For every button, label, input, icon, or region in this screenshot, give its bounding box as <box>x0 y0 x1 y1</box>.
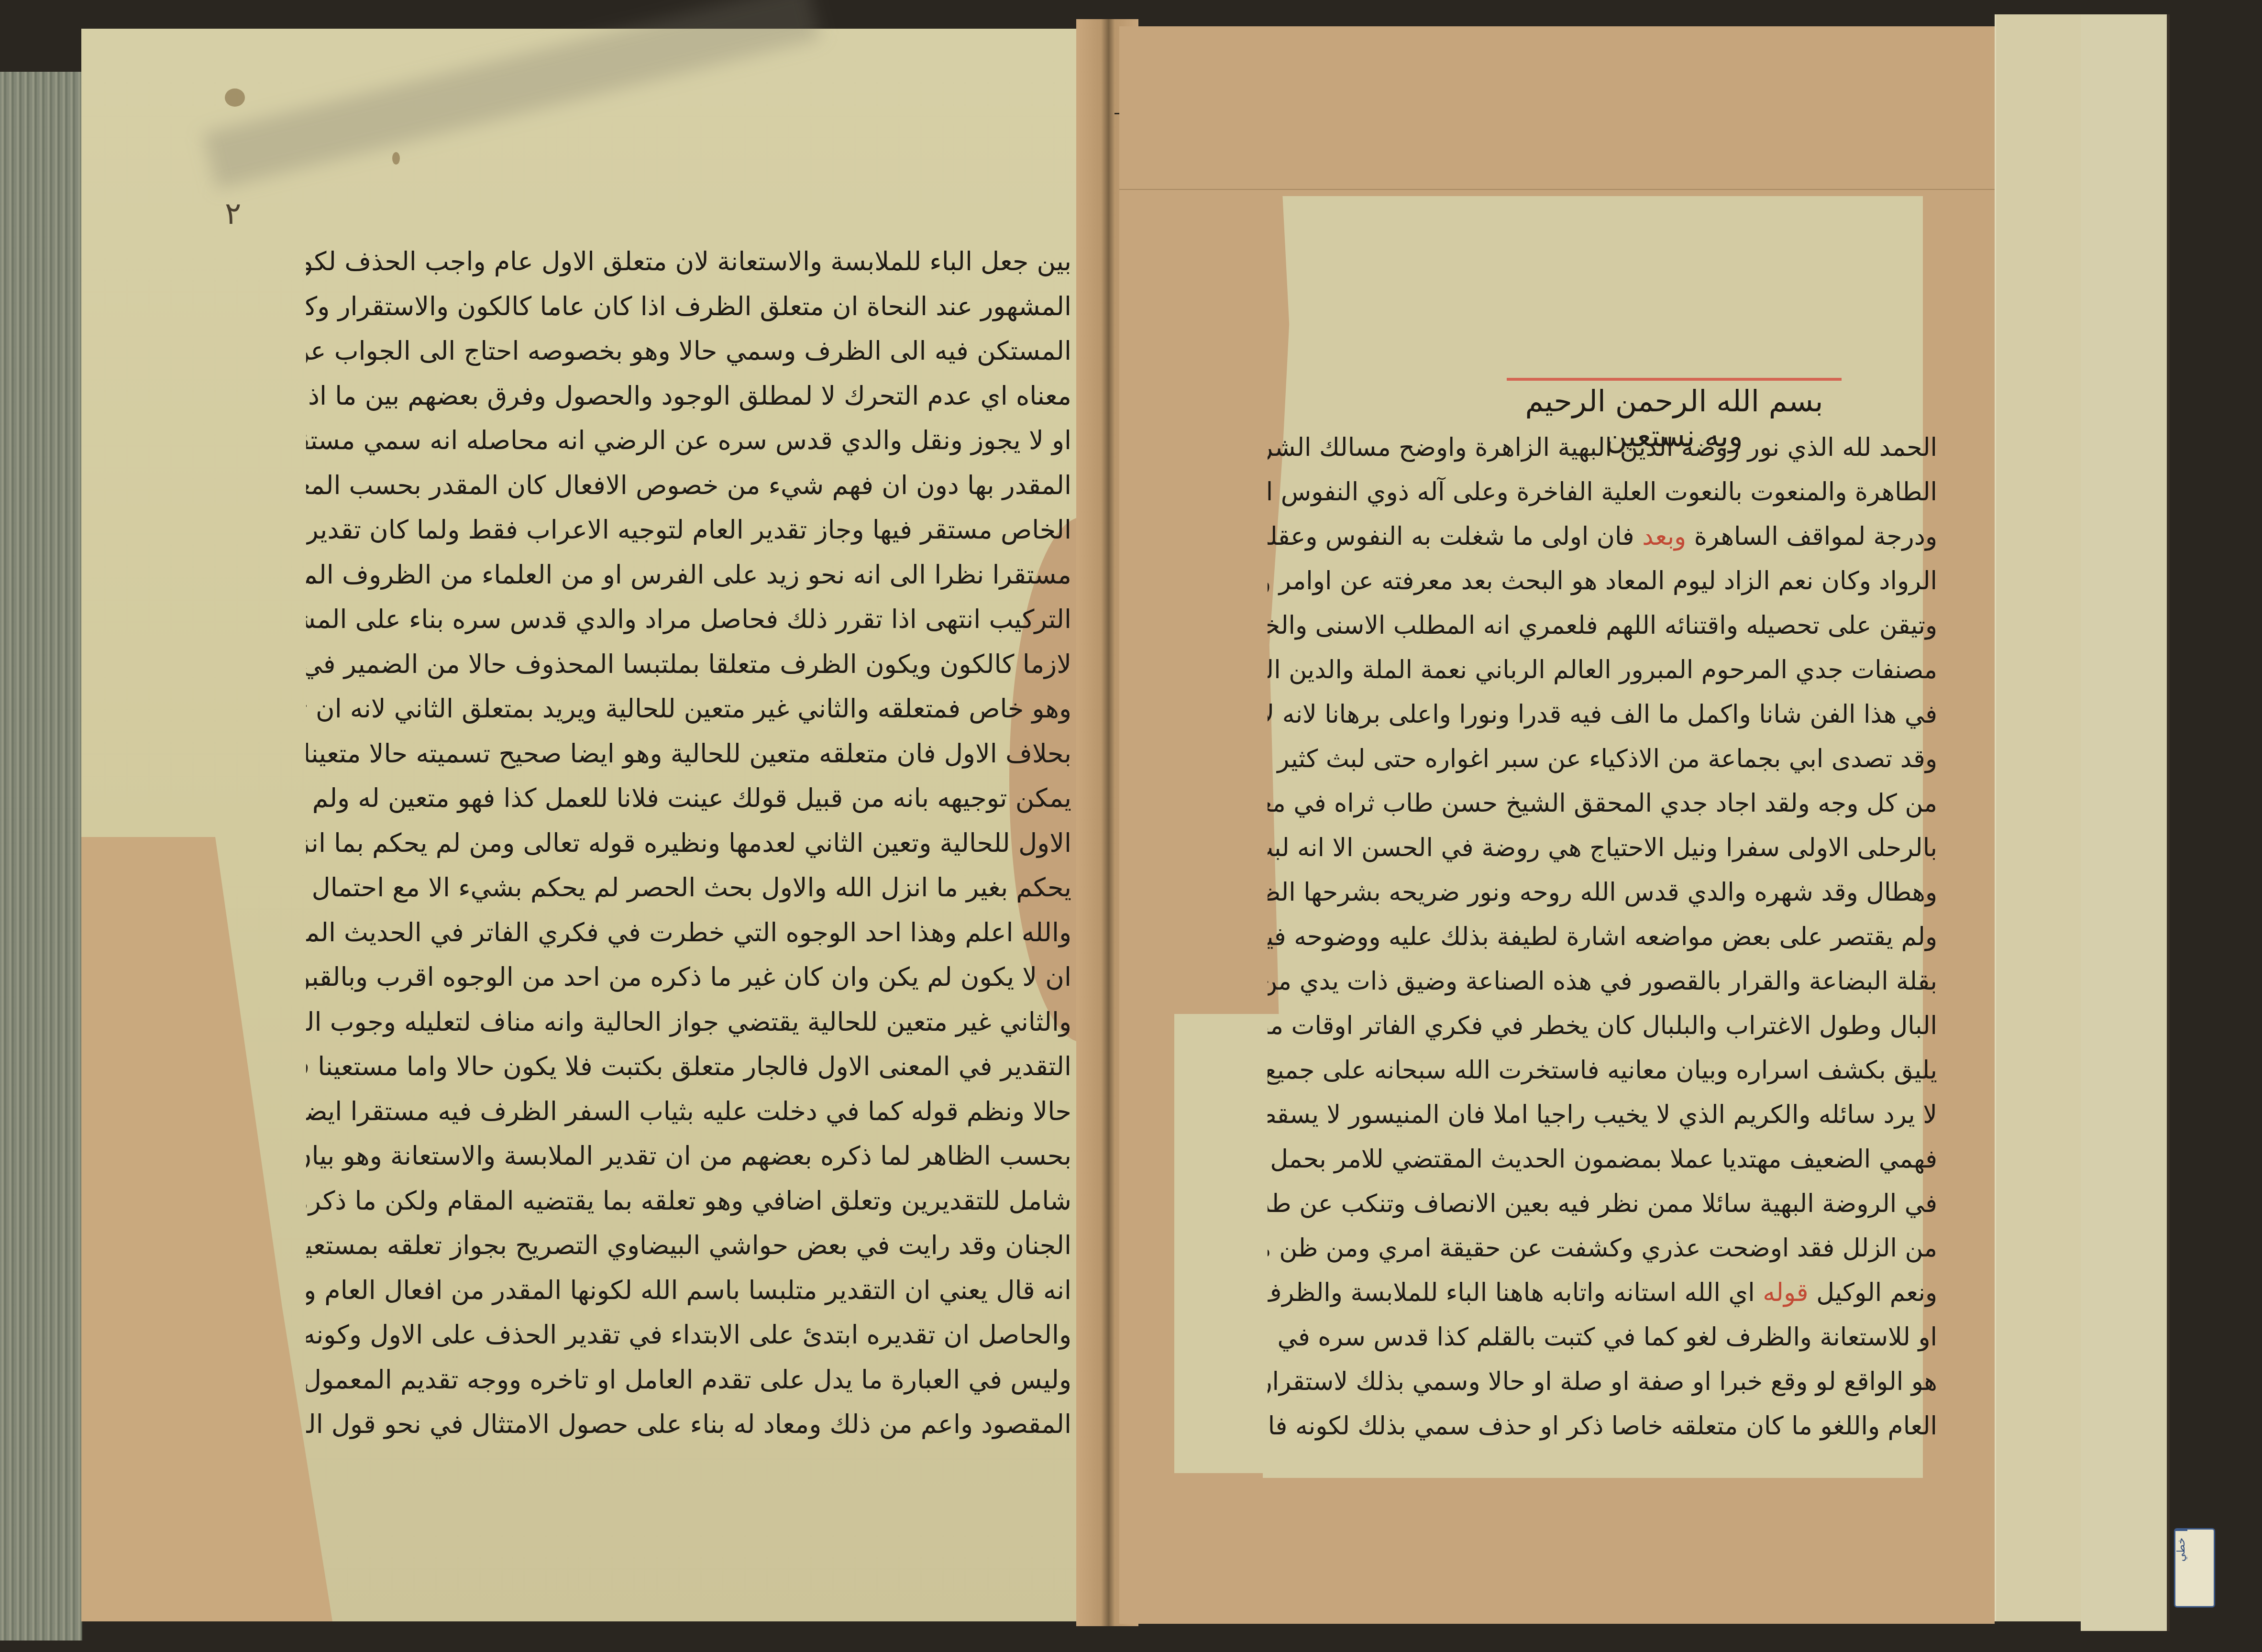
text-line: مصنفات جدي المرحوم المبرور العالم الربان… <box>1268 648 1937 693</box>
ink-stain <box>392 152 400 165</box>
text-line: لا يرد سائله والكريم الذي لا يخيب راجيا … <box>1268 1093 1937 1137</box>
underlying-leaf-edge <box>1995 14 2082 1621</box>
text-line: ولم يقتصر على بعض مواضعه اشارة لطيفة بذل… <box>1268 915 1937 959</box>
text-line: المشهور عند النحاة ان متعلق الظرف اذا كا… <box>306 284 1071 329</box>
text-line: فهمي الضعيف مهتديا عملا بمضمون الحديث ال… <box>1268 1137 1937 1182</box>
text-line: وليس في العبارة ما يدل على تقدم العامل ا… <box>306 1357 1071 1402</box>
text-line: الرواد وكان نعم الزاد ليوم المعاد هو الب… <box>1268 559 1937 604</box>
text-line: شامل للتقديرين وتعلق اضافي وهو تعلقه بما… <box>306 1178 1071 1223</box>
text-line: مستقرا نظرا الى انه نحو زيد على الفرس او… <box>306 552 1071 597</box>
underlying-leaf-edge <box>2081 14 2170 1631</box>
rubric-word: وبعد <box>1642 522 1686 551</box>
text-line: والحاصل ان تقديره ابتدئ على الابتداء في … <box>306 1312 1071 1357</box>
right-page-text: الحمد لله الذي نور روضة الدين البهية الز… <box>1268 426 1937 1449</box>
text-line: البال وطول الاغتراب والبلبال كان يخطر في… <box>1268 1004 1937 1048</box>
text-line: الخاص مستقر فيها وجاز تقدير العام لتوجيه… <box>306 507 1071 552</box>
text-line: بين جعل الباء للملابسة والاستعانة لان مت… <box>306 239 1071 284</box>
text-line: من الزلل فقد اوضحت عذري وكشفت عن حقيقة ا… <box>1268 1226 1937 1271</box>
text-line: لازما كالكون ويكون الظرف متعلقا بملتبسا … <box>306 642 1071 687</box>
text-line: بالرحلى الاولى سفرا ونيل الاحتياج هي روض… <box>1268 826 1937 870</box>
text-line: يحكم بغير ما انزل الله والاول بحث الحصر … <box>306 865 1071 910</box>
text-line: العام واللغو ما كان متعلقه خاصا ذكر او ح… <box>1268 1404 1937 1449</box>
repair-paper-seam <box>1119 189 1995 190</box>
text-line: هو الواقع لو وقع خبرا او صفة او صلة او ح… <box>1268 1360 1937 1404</box>
catalog-label: خطي <box>2174 1528 2215 1608</box>
text-line: بحلاف الاول فان متعلقه متعين للحالية وهو… <box>306 731 1071 776</box>
text-line: المقدر بها دون ان فهم شيء من خصوص الافعا… <box>306 463 1071 508</box>
text-line: يمكن توجيهه بانه من قبيل قولك عينت فلانا… <box>306 776 1071 821</box>
text-line: الجنان وقد رايت في بعض حواشي البيضاوي ال… <box>306 1223 1071 1268</box>
text-line: وهو خاص فمتعلقه والثاني غير متعين للحالي… <box>306 686 1071 731</box>
text-line: المستكن فيه الى الظرف وسمي حالا وهو بخصو… <box>306 329 1071 374</box>
text-line: الطاهرة والمنعوت بالنعوت العلية الفاخرة … <box>1268 470 1937 515</box>
text-line: انه قال يعني ان التقدير متلبسا باسم الله… <box>306 1268 1071 1313</box>
book-block-edges <box>0 72 82 1641</box>
text-line: معناه اي عدم التحرك لا لمطلق الوجود والح… <box>306 374 1071 419</box>
text-line: والثاني غير متعين للحالية يقتضي جواز الح… <box>306 1000 1071 1045</box>
text-line: وقد تصدى ابي بجماعة من الاذكياء عن سبر ا… <box>1268 737 1937 782</box>
text-line: بقلة البضاعة والقرار بالقصور في هذه الصن… <box>1268 959 1937 1004</box>
text-line: ودرجة لمواقف الساهرة وبعد فان اولى ما شغ… <box>1268 515 1937 559</box>
text-line: في الروضة البهية سائلا ممن نظر فيه بعين … <box>1268 1182 1937 1226</box>
text-line: وهطال وقد شهره والدي قدس الله روحه ونور … <box>1268 870 1937 915</box>
text-line: التركيب انتهى اذا تقرر ذلك فحاصل مراد وا… <box>306 597 1071 642</box>
text-line: حالا ونظم قوله كما في دخلت عليه بثياب ال… <box>306 1089 1071 1134</box>
text-line: التقدير في المعنى الاول فالجار متعلق بكت… <box>306 1044 1071 1089</box>
ink-stain <box>225 88 245 107</box>
left-page-text: بين جعل الباء للملابسة والاستعانة لان مت… <box>306 239 1071 1447</box>
text-line: او للاستعانة والظرف لغو كما في كتبت بالق… <box>1268 1315 1937 1360</box>
text-line: المقصود واعم من ذلك ومعاد له بناء على حص… <box>306 1402 1071 1447</box>
text-line: ان لا يكون لم يكن وان كان غير ما ذكره من… <box>306 955 1071 1000</box>
text-line: او لا يجوز ونقل والدي قدس سره عن الرضي ا… <box>306 418 1071 463</box>
text-line: يليق بكشف اسراره وبيان معانيه فاستخرت ال… <box>1268 1048 1937 1093</box>
text-line: بحسب الظاهر لما ذكره بعضهم من ان تقدير ا… <box>306 1134 1071 1178</box>
text-line: وتيقن على تحصيله واقتنائه اللهم فلعمري ا… <box>1268 604 1937 648</box>
text-line: ونعم الوكيل قوله اي الله استانه واتابه ه… <box>1268 1271 1937 1315</box>
text-line: الحمد لله الذي نور روضة الدين البهية الز… <box>1268 426 1937 470</box>
catalog-label-text: خطي <box>2175 1530 2187 1568</box>
text-line: والله اعلم وهذا احد الوجوه التي خطرت في … <box>306 910 1071 955</box>
folio-number: ٢ <box>225 196 241 231</box>
text-line: في هذا الفن شانا واكمل ما الف فيه قدرا و… <box>1268 693 1937 737</box>
text-line: من كل وجه ولقد اجاد جدي المحقق الشيخ حسن… <box>1268 782 1937 826</box>
text-line: الاول للحالية وتعين الثاني لعدمها ونظيره… <box>306 821 1071 866</box>
rubric-word: قوله <box>1763 1278 1808 1307</box>
